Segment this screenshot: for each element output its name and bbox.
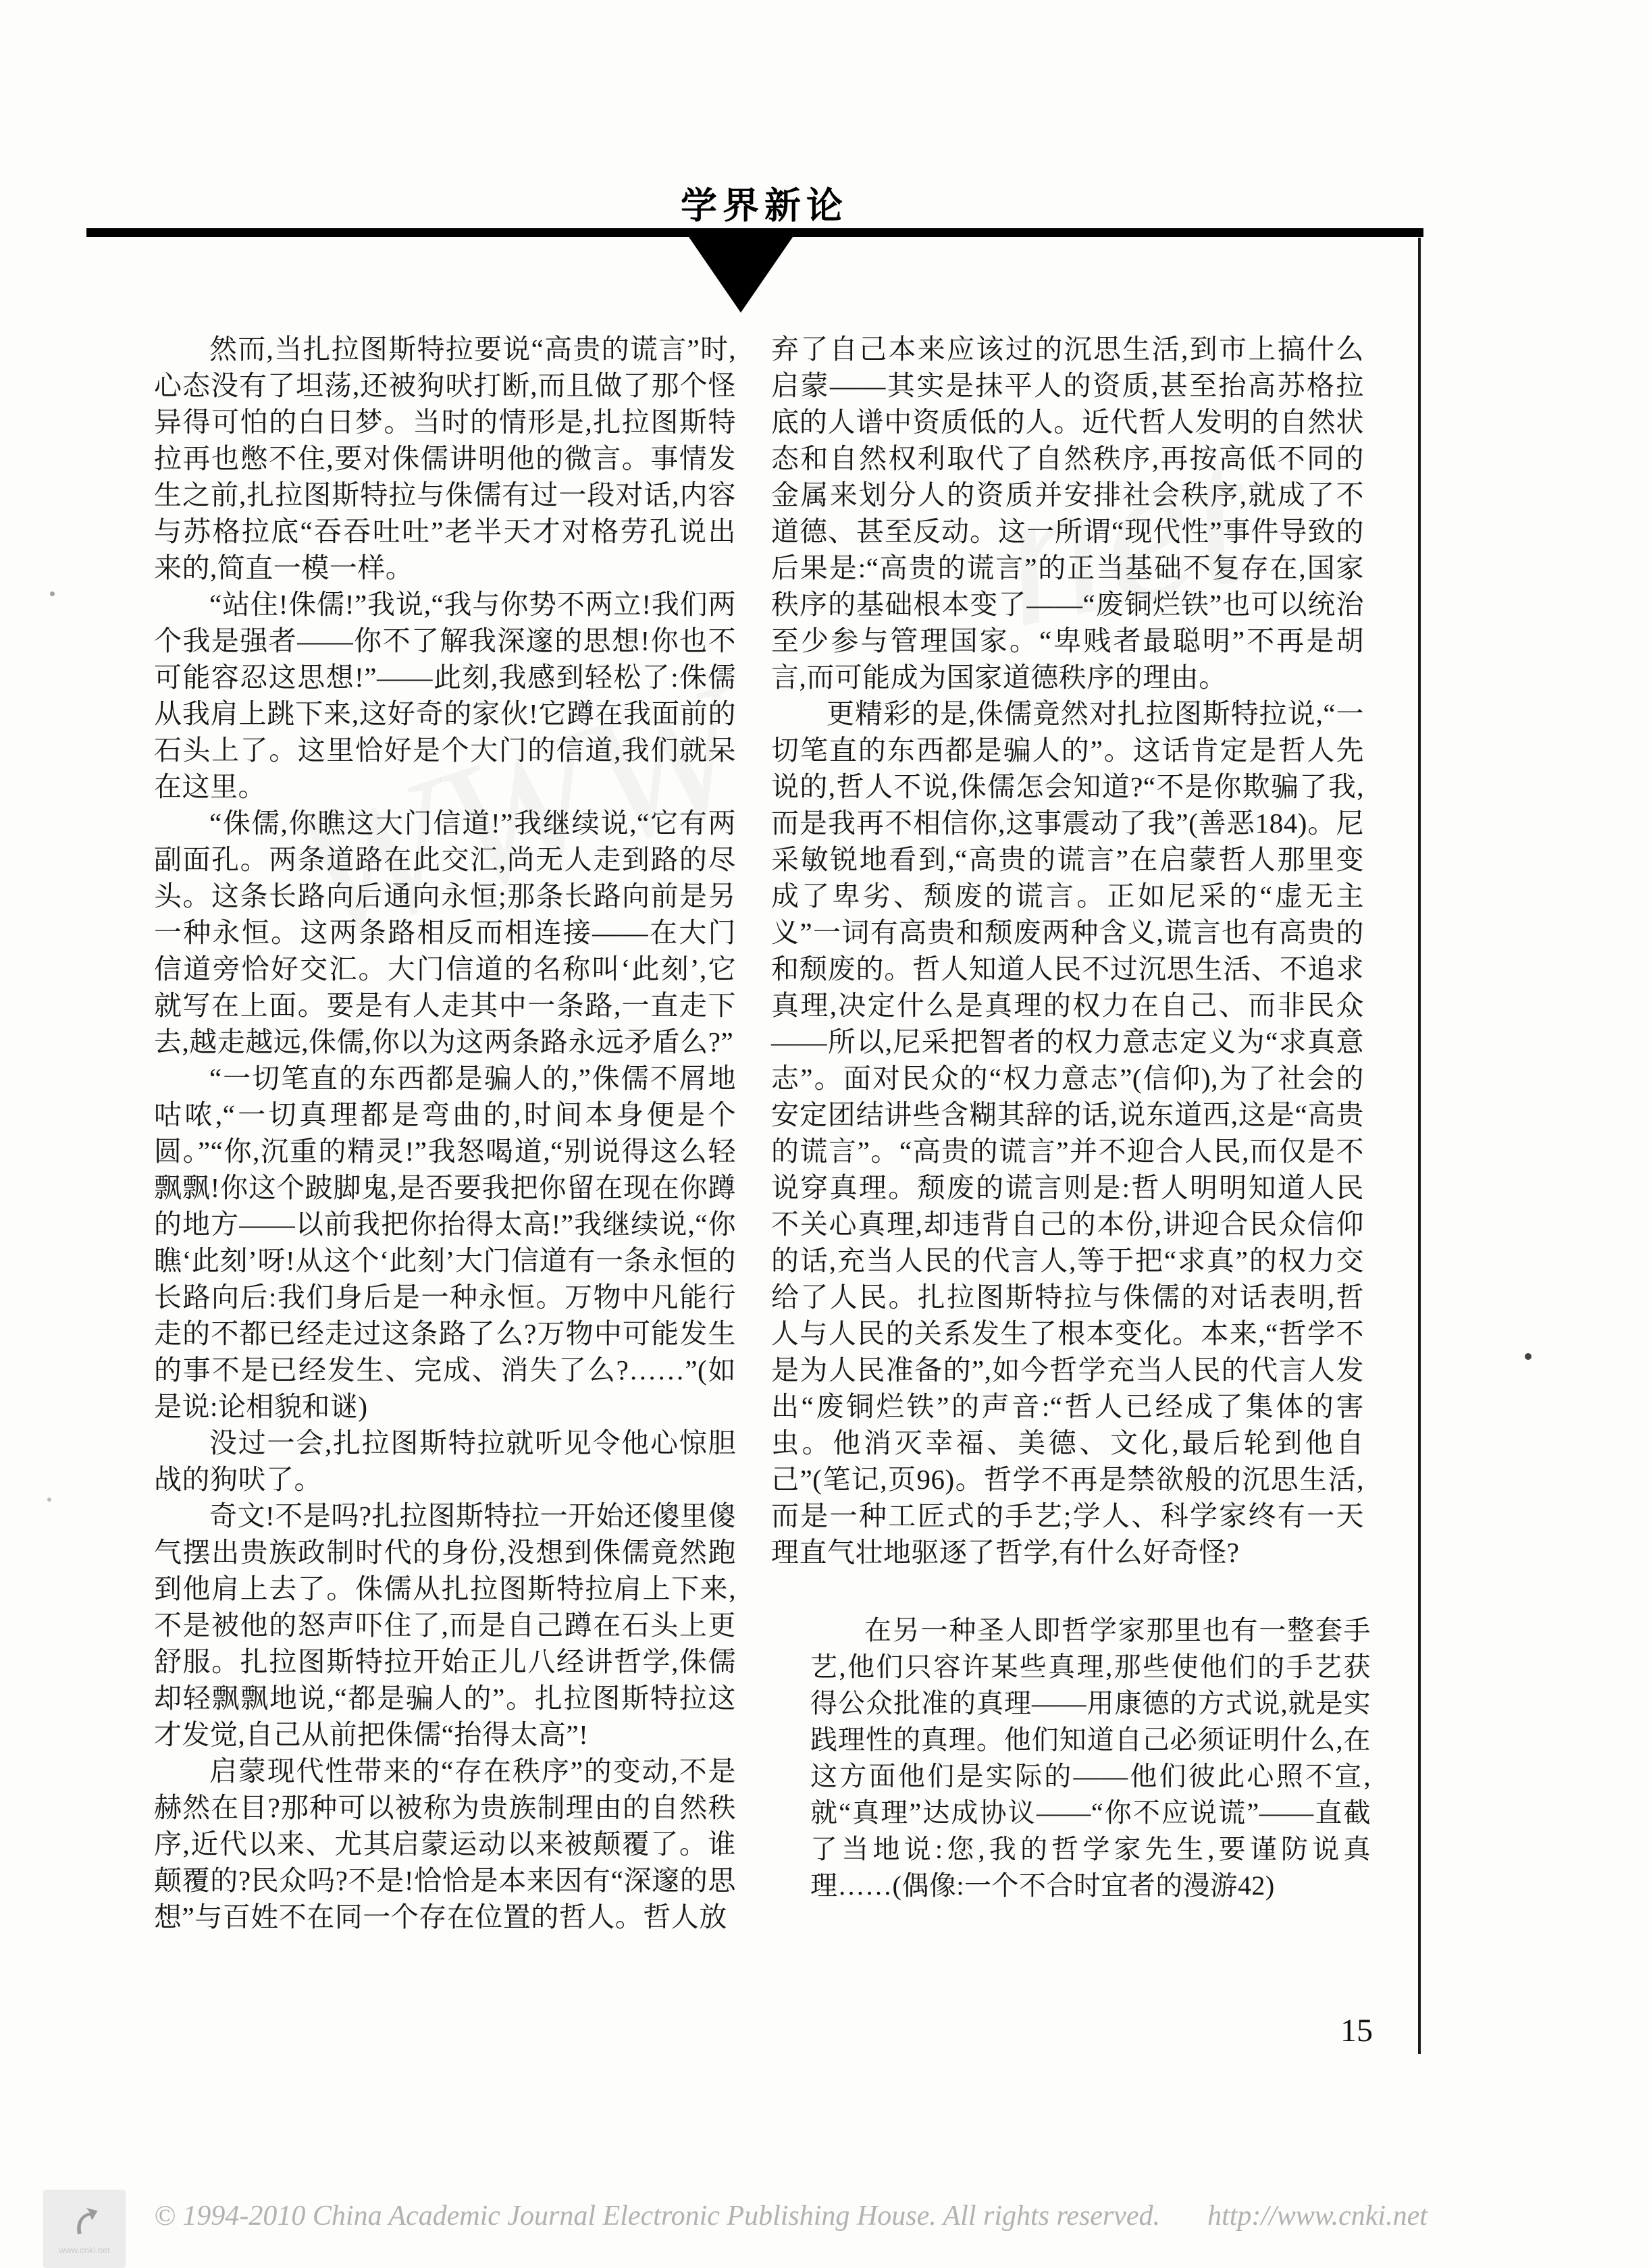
section-title: 学界新论: [681, 177, 848, 229]
footer-copyright-line: © 1994-2010 China Academic Journal Elect…: [154, 2200, 1572, 2232]
body-paragraph: “站住!侏儒!”我说,“我与你势不两立!我们两个我是强者——你不了解我深邃的思想…: [154, 586, 736, 805]
quotation-paragraph: 在另一种圣人即哲学家那里也有一整套手艺,他们只容许某些真理,那些使他们的手艺获得…: [810, 1612, 1371, 1904]
left-text-column: 然而,当扎拉图斯特拉要说“高贵的谎言”时,心态没有了坦荡,还被狗吠打断,而且做了…: [154, 331, 736, 1935]
body-paragraph: 启蒙现代性带来的“存在秩序”的变动,不是赫然在目?那种可以被称为贵族制理由的自然…: [154, 1753, 736, 1935]
scan-speck: [50, 591, 55, 596]
journal-page-scan: WWW net 学界新论 然而,当扎拉图斯特拉要说“高贵的谎言”时,心态没有了坦…: [0, 0, 1649, 2268]
body-paragraph: 奇文!不是吗?扎拉图斯特拉一开始还傻里傻气摆出贵族政制时代的身份,没想到侏儒竟然…: [154, 1498, 736, 1753]
body-paragraph: 没过一会,扎拉图斯特拉就听见令他心惊胆战的狗吠了。: [154, 1425, 736, 1498]
scan-speck: [1525, 1353, 1532, 1360]
cnki-logo-caption: www.cnki.net: [59, 2245, 110, 2255]
footer-copyright-text: © 1994-2010 China Academic Journal Elect…: [154, 2200, 1160, 2232]
right-text-column: 弃了自己本来应该过的沉思生活,到市上搞什么启蒙——其实是抹平人的资质,甚至抬高苏…: [771, 331, 1364, 1904]
body-paragraph: 然而,当扎拉图斯特拉要说“高贵的谎言”时,心态没有了坦荡,还被狗吠打断,而且做了…: [154, 331, 736, 586]
body-paragraph: 弃了自己本来应该过的沉思生活,到市上搞什么启蒙——其实是抹平人的资质,甚至抬高苏…: [771, 331, 1364, 695]
indented-quotation-block: 在另一种圣人即哲学家那里也有一整套手艺,他们只容许某些真理,那些使他们的手艺获得…: [810, 1612, 1371, 1904]
body-paragraph: 更精彩的是,侏儒竟然对扎拉图斯特拉说,“一切笔直的东西都是骗人的”。这话肯定是哲…: [771, 695, 1364, 1571]
body-paragraph: “侏儒,你瞧这大门信道!”我继续说,“它有两副面孔。两条道路在此交汇,尚无人走到…: [154, 805, 736, 1060]
cnki-arrow-icon: [66, 2203, 103, 2241]
page-number: 15: [1340, 2012, 1373, 2049]
footer-url: http://www.cnki.net: [1207, 2200, 1428, 2232]
body-paragraph: “一切笔直的东西都是骗人的,”侏儒不屑地咕哝,“一切真理都是弯曲的,时间本身便是…: [154, 1060, 736, 1425]
right-margin-rule: [1418, 238, 1421, 2054]
cnki-logo: www.cnki.net: [43, 2190, 126, 2268]
header-rule: [86, 228, 1423, 237]
header-triangle-ornament: [689, 237, 793, 313]
scan-speck: [47, 1498, 51, 1502]
